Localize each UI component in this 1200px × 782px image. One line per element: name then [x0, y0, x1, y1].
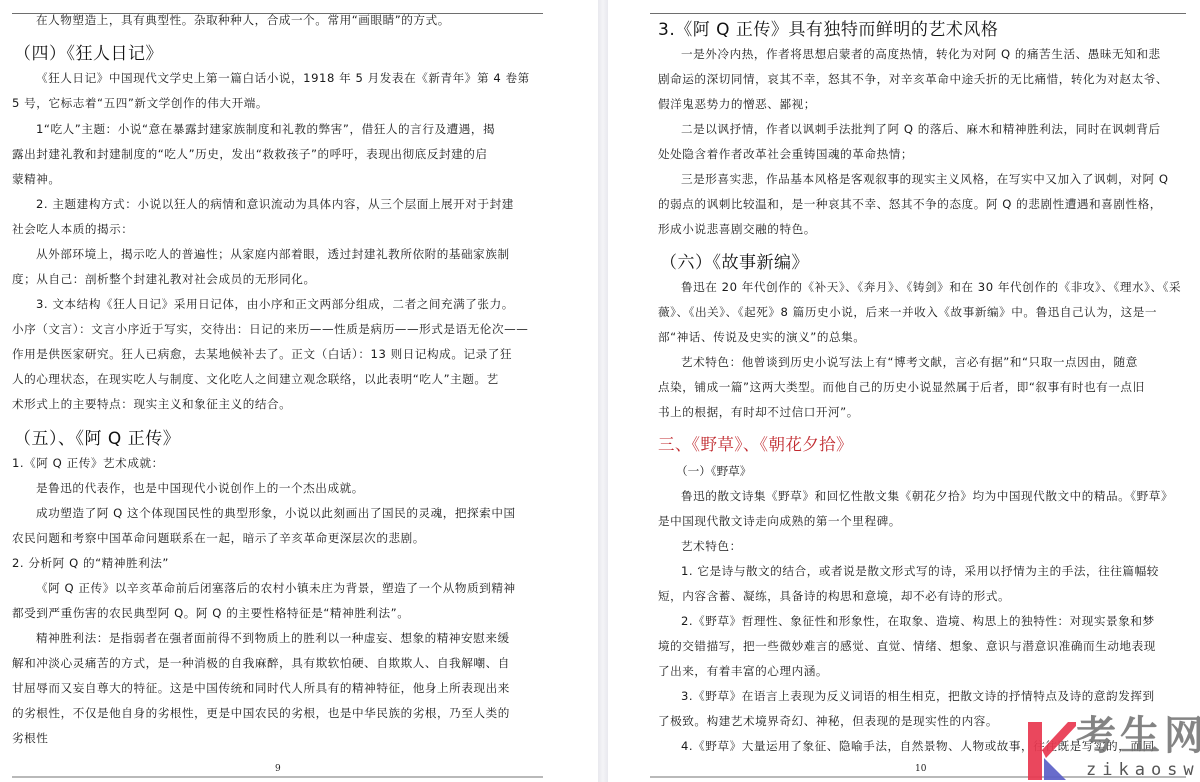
paragraph-line: 2.《野草》哲理性、象征性和形象性，在取象、造境、构思上的独特性：对现实景象和梦 — [681, 613, 1155, 629]
paragraph-line: 是鲁迅的代表作，也是中国现代小说创作上的一个杰出成就。 — [36, 480, 364, 496]
paragraph-line: 1.《阿 Q 正传》艺术成就： — [12, 455, 164, 471]
document-page-9: 在人物塑造上，具有典型性。杂取种种人，合成一个。常用“画眼睛”的方式。（四）《狂… — [0, 0, 598, 782]
section-heading: 三、《野草》、《朝花夕拾》 — [658, 431, 853, 455]
watermark-logo: 考生网 zikaosw.cn — [1028, 702, 1200, 782]
paragraph-line: 薇》、《出关》、《起死》8 篇历史小说，后来一并收入《故事新编》中。鲁迅自己认为… — [658, 304, 1157, 320]
paragraph-line: 1“吃人”主题：小说“意在暴露封建家族制度和礼教的弊害”，借狂人的言行及遭遇，揭 — [36, 121, 495, 137]
section-heading: （五）、《阿 Q 正传》 — [14, 424, 180, 449]
page-gutter — [598, 0, 608, 782]
paragraph-line: 都受到严重伤害的农民典型阿 Q。阿 Q 的主要性格特征是“精神胜利法”。 — [12, 605, 409, 621]
paragraph-line: 是中国现代散文诗走向成熟的第一个里程碑。 — [658, 513, 901, 529]
paragraph-line: 甘屈辱而又妄自尊大的特征。这是中国传统和同时代人所具有的精神特征，他身上所表现出… — [12, 680, 510, 696]
paragraph-line: 5 号，它标志着“五四”新文学创作的伟大开端。 — [12, 95, 268, 111]
paragraph-line: 社会吃人本质的揭示： — [12, 221, 133, 237]
paragraph-line: 劣根性 — [12, 730, 48, 746]
section-heading: 3.《阿 Q 正传》具有独特而鲜明的艺术风格 — [658, 15, 998, 40]
paragraph-line: 度；从自己：剖析整个封建礼教对社会成员的无形同化。 — [12, 271, 316, 287]
paragraph-line: 作用是供医家研究。狂人已病愈，去某地候补去了。正文（白话）：13 则日记构成。记… — [12, 346, 512, 362]
paragraph-line: 人的心理状态，在现实吃人与制度、文化吃人之间建立观念联络，以此表明“吃人”主题。… — [12, 371, 499, 387]
document-page-10: 3.《阿 Q 正传》具有独特而鲜明的艺术风格一是外冷内热，作者将思想启蒙者的高度… — [608, 0, 1200, 782]
paragraph-line: 点染，铺成一篇”这两大类型。而他自己的历史小说显然属于后者，即“叙事有时也有一点… — [658, 379, 1145, 395]
paragraph-line: 术形式上的主要特点：现实主义和象征主义的结合。 — [12, 396, 291, 412]
paragraph-line: 2. 主题建构方式：小说以狂人的病情和意识流动为具体内容，从三个层面上展开对于封… — [36, 196, 514, 212]
paragraph-line: 二是以讽抒情，作者以讽刺手法批判了阿 Q 的落后、麻木和精神胜利法，同时在讽刺背… — [681, 121, 1161, 137]
page-number: 9 — [275, 764, 281, 774]
paragraph-line: 从外部环境上，揭示吃人的普遍性；从家庭内部着眼，透过封建礼教所依附的基础家族制 — [36, 246, 510, 262]
page-header-rule — [650, 13, 1186, 14]
subsection-heading: （一）《野草》 — [676, 463, 751, 479]
paragraph-line: 了出来，有着丰富的心理内涵。 — [658, 663, 828, 679]
paragraph-line: 小序（文言）：文言小序近于写实，交待出：日记的来历——性质是病历——形式是语无伦… — [12, 321, 528, 337]
watermark-url: zikaosw.cn — [1086, 760, 1200, 780]
paragraph-line: 的弱点的讽刺比较温和，是一种哀其不幸、怒其不争的态度。阿 Q 的悲剧性遭遇和喜剧… — [658, 196, 1162, 212]
paragraph-line: 精神胜利法：是指弱者在强者面前得不到物质上的胜利以一种虚妄、想象的精神安慰来缓 — [36, 630, 510, 646]
paragraph-line: 《狂人日记》中国现代文学史上第一篇白话小说，1918 年 5 月发表在《新青年》… — [36, 70, 530, 86]
paragraph-line: 处处隐含着作者改革社会重铸国魂的革命热情； — [658, 146, 913, 162]
section-heading: （四）《狂人日记》 — [14, 39, 163, 64]
paragraph-line: 的劣根性，不仅是他自身的劣根性，更是中国农民的劣根，也是中华民族的劣根，乃至人类… — [12, 705, 510, 721]
paragraph-line: 艺术特色： — [681, 538, 742, 554]
k-logo-icon — [1028, 722, 1076, 780]
paragraph-line: 短，内容含蓄、凝练，具备诗的构思和意境，却不必有诗的形式。 — [658, 588, 1010, 604]
paragraph-line: 蒙精神。 — [12, 171, 61, 187]
paragraph-line: 成功塑造了阿 Q 这个体现国民性的典型形象，小说以此刻画出了国民的灵魂，把探索中… — [36, 505, 516, 521]
paragraph-line: 一是外冷内热，作者将思想启蒙者的高度热情，转化为对阿 Q 的痛苦生活、愚昧无知和… — [681, 46, 1161, 62]
paragraph-line: 鲁迅在 20 年代创作的《补天》、《奔月》、《铸剑》和在 30 年代创作的《非攻… — [681, 279, 1181, 295]
paragraph-line: 2. 分析阿 Q 的“精神胜利法” — [12, 555, 169, 571]
paragraph-line: 1. 它是诗与散文的结合，或者说是散文形式写的诗，采用以抒情为主的手法，往往篇幅… — [681, 563, 1159, 579]
paragraph-line: 了极致。构建艺术境界奇幻、神秘，但表现的是现实性的内容。 — [658, 713, 998, 729]
paragraph-line: 部“神话、传说及史实的演义”的总集。 — [658, 329, 865, 345]
paragraph-line: 农民问题和考察中国革命问题联系在一起，暗示了辛亥革命更深层次的悲剧。 — [12, 530, 425, 546]
paragraph-line: 3. 文本结构《狂人日记》采用日记体，由小序和正文两部分组成，二者之间充满了张力… — [36, 296, 514, 312]
paragraph-line: 鲁迅的散文诗集《野草》和回忆性散文集《朝花夕拾》均为中国现代散文中的精品。《野草… — [681, 488, 1173, 504]
paragraph-line: 假洋鬼恶势力的憎恶、鄙视； — [658, 96, 816, 112]
section-heading: （六）《故事新编》 — [660, 248, 809, 273]
paragraph-line: 在人物塑造上，具有典型性。杂取种种人，合成一个。常用“画眼睛”的方式。 — [36, 12, 450, 28]
paragraph-line: 境的交错描写，把一些微妙难言的感觉、直觉、情绪、想象、意识与潜意识准确而生动地表… — [658, 638, 1156, 654]
page-footer-rule — [12, 776, 543, 778]
paragraph-line: 艺术特色：他曾谈到历史小说写法上有“博考文献，言必有据”和“只取一点因由，随意 — [681, 354, 1138, 370]
page-number: 10 — [915, 764, 926, 774]
paragraph-line: 书上的根据，有时却不过信口开河”。 — [658, 404, 859, 420]
paragraph-line: 解和冲淡心灵痛苦的方式，是一种消极的自我麻醉，具有欺软怕硬、自欺欺人、自我解嘲、… — [12, 655, 510, 671]
paragraph-line: 三是形喜实悲，作品基本风格是客观叙事的现实主义风格，在写实中又加入了讽刺，对阿 … — [681, 171, 1169, 187]
paragraph-line: 形成小说悲喜剧交融的特色。 — [658, 221, 816, 237]
watermark-brand: 考生网 — [1076, 704, 1200, 761]
paragraph-line: 剧命运的深切同情，哀其不幸，怒其不争，对辛亥革命中途夭折的无比痛惜，转化为对赵太… — [658, 71, 1168, 87]
paragraph-line: 露出封建礼教和封建制度的“吃人”历史，发出“救救孩子”的呼吁，表现出彻底反封建的… — [12, 146, 488, 162]
paragraph-line: 《阿 Q 正传》以辛亥革命前后闭塞落后的农村小镇未庄为背景，塑造了一个从物质到精… — [36, 580, 516, 596]
